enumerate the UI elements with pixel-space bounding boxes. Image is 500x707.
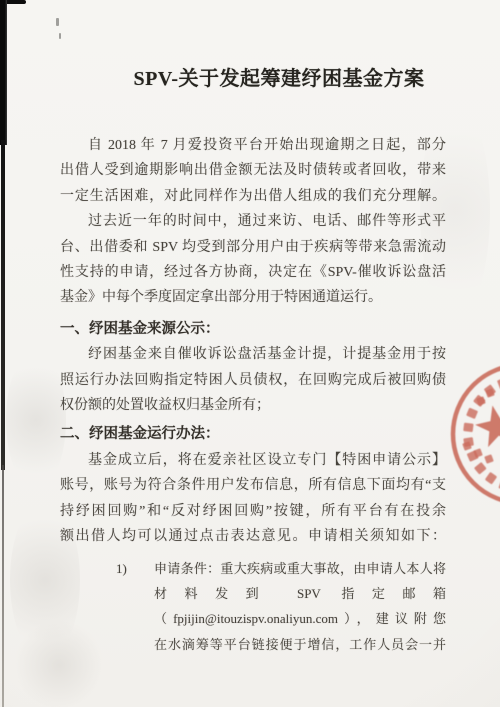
document-title: SPV-关于发起筹建纾困基金方案 [0, 62, 500, 91]
star-icon [472, 401, 500, 449]
official-seal-svg [437, 349, 500, 519]
text-line: 在水滴筹等平台链接便于增信，工作人员会一并 [154, 632, 446, 657]
text-line: 照运行办法回购指定特困人员债权，在回购完成后被回购债 [60, 368, 446, 393]
text-line: 出借人受到逾期影响出借金额无法及时债转或者回收，带来 [60, 158, 446, 183]
text-line: 权份额的处置收益权归基金所有； [60, 393, 446, 418]
text-line: 自 2018 年 7 月爱投资平台开始出现逾期之日起，部分 [60, 133, 446, 158]
seal-arc-text [462, 375, 500, 493]
section-heading-1: 一、纾困基金来源公示： [60, 317, 446, 342]
text-line: 持纾困回购”和“反对纾困回购”按键，所有平台有在投余 [60, 499, 446, 524]
scan-speck [59, 33, 61, 39]
text-line: 过去近一年的时间中，通过来访、电话、邮件等形式平 [60, 209, 446, 234]
seal-ring [453, 365, 500, 503]
text-line: 账号，账号为符合条件用户发布信息，所有信息下面均有“支 [60, 473, 446, 498]
text-line: 材料发到 SPV 指定邮箱 [154, 581, 446, 606]
section-heading-2: 二、纾困基金运行办法： [60, 422, 446, 447]
scan-smudge [6, 350, 66, 490]
list-item-1: 1) 申请条件：重大疾病或重大事故，由申请人本人将 材料发到 SPV 指定邮箱 … [60, 556, 446, 658]
scan-edge-left [1, 140, 5, 470]
list-marker: 1) [116, 556, 154, 658]
text-line: 基金》中每个季度固定拿出部分用于特困通道运行。 [60, 285, 446, 310]
official-seal [437, 349, 500, 519]
text-line: 申请条件：重大疾病或重大事故，由申请人本人将 [154, 556, 446, 581]
text-line: 性支持的申请，经过各方协商，决定在《SPV-催收诉讼盘活 [60, 260, 446, 285]
text-line: 台、出借委和 SPV 均受到部分用户由于疾病等带来急需流动 [60, 235, 446, 260]
scan-speck [56, 18, 59, 26]
text-line: 额出借人均可以通过点击表达意见。申请相关须知如下： [60, 524, 446, 549]
list-item-content: 申请条件：重大疾病或重大事故，由申请人本人将 材料发到 SPV 指定邮箱 （fp… [154, 556, 446, 658]
text-line: 纾困基金来自催收诉讼盘活基金计提，计提基金用于按 [60, 342, 446, 367]
document-body: 自 2018 年 7 月爱投资平台开始出现逾期之日起，部分 出借人受到逾期影响出… [60, 133, 446, 657]
scan-edge-left [2, 465, 4, 707]
text-line: （fpjijin@itouzispv.onaliyun.com），建议附您 [154, 606, 446, 631]
scanned-document-page: SPV-关于发起筹建纾困基金方案 自 2018 年 7 月爱投资平台开始出现逾期… [0, 0, 500, 707]
text-line: 基金成立后，将在爱亲社区设立专门【特困申请公示】 [60, 448, 446, 473]
text-line: 一定生活困难，对此同样作为出借人组成的我们充分理解。 [60, 184, 446, 209]
